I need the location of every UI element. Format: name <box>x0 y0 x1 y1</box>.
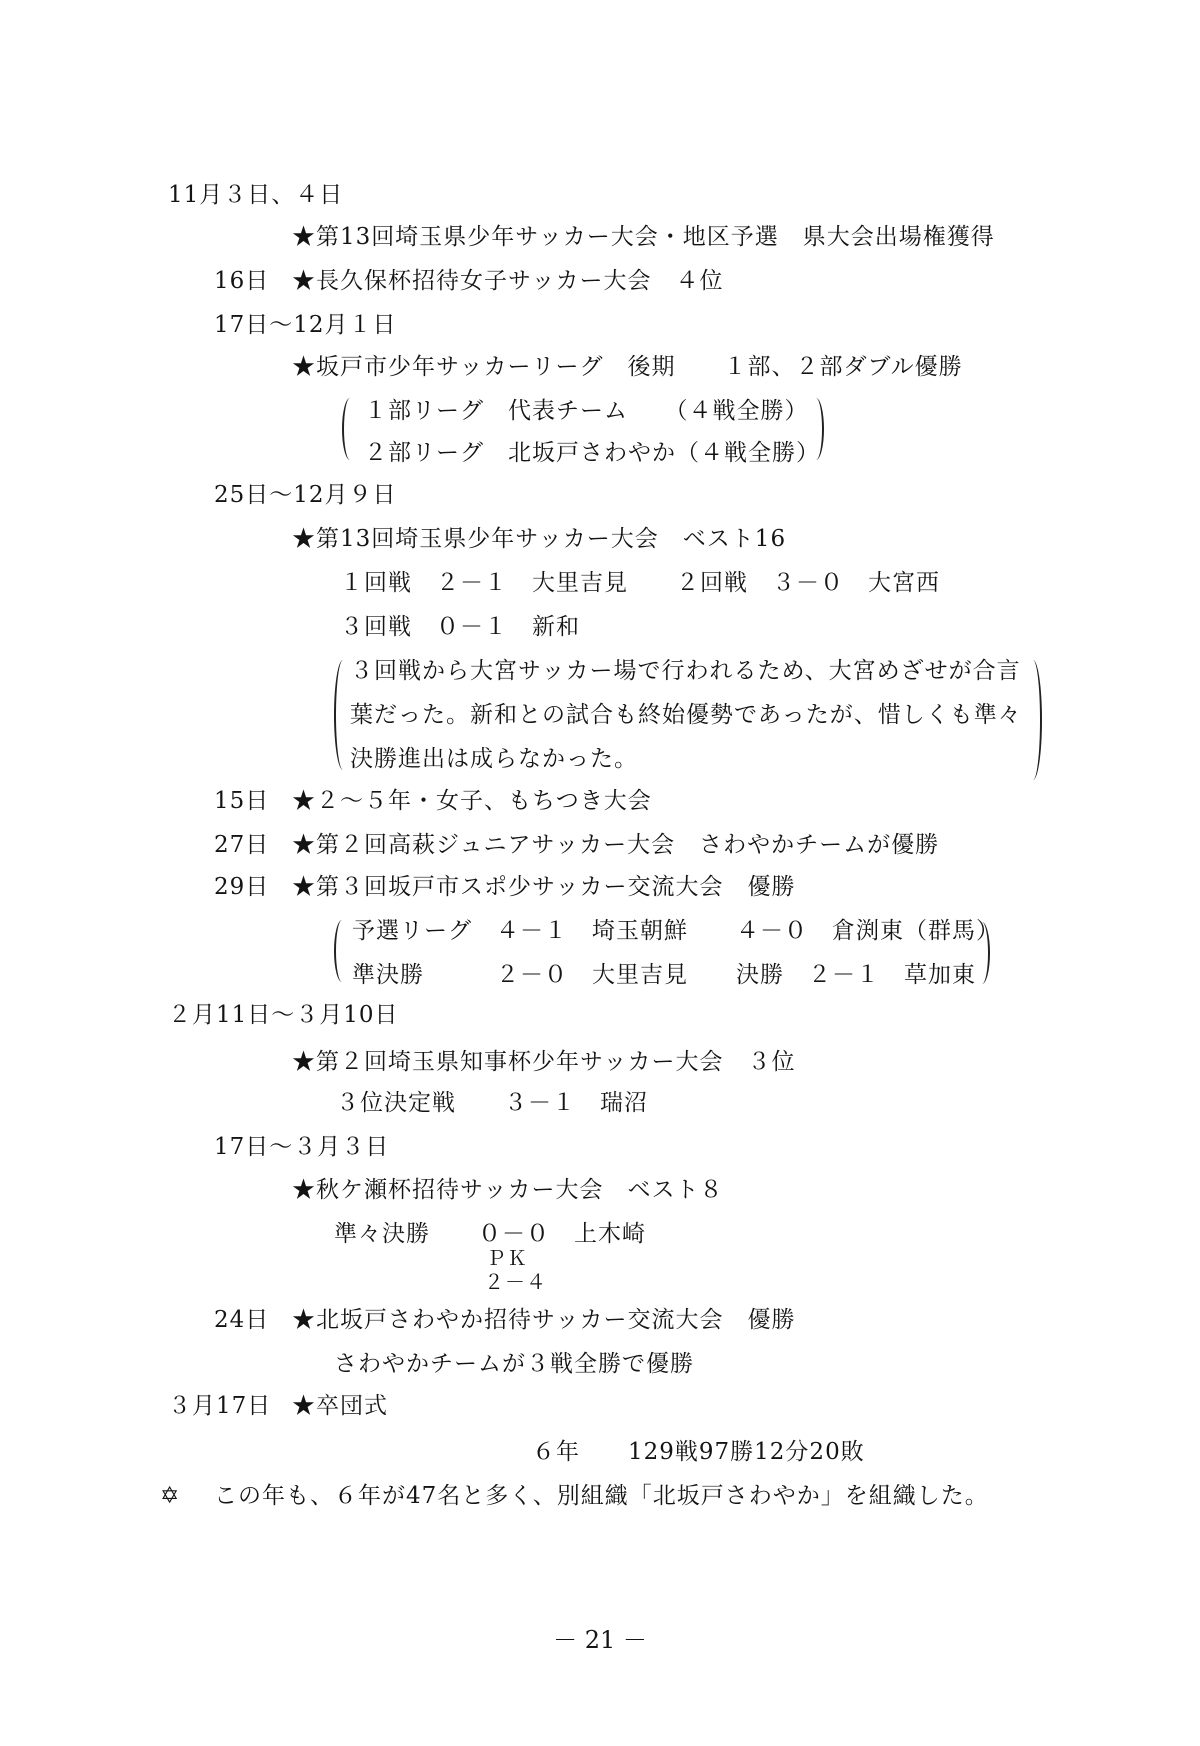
kitasakado-note: さわやかチームが３戦全勝で優勝 <box>334 1349 694 1379</box>
event-nagakubo-cup: ★長久保杯招待女子サッカー大会 ４位 <box>292 266 724 296</box>
event-graduation: ★卒団式 <box>292 1391 388 1421</box>
note-line-2: 葉だった。新和との試合も終始優勢であったが、惜しくも準々 <box>350 700 1022 730</box>
event-takahagi: ★第２回高萩ジュニアサッカー大会 さわやかチームが優勝 <box>292 830 939 860</box>
round-3: ３回戦 ０－１ 新和 <box>340 612 580 642</box>
right-parenthesis <box>974 922 990 984</box>
page-number: － 21 － <box>0 1620 1200 1655</box>
event-sakado-league: ★坂戸市少年サッカーリーグ 後期 １部、２部ダブル優勝 <box>292 352 963 382</box>
preliminary-league: 予選リーグ ４－１ 埼玉朝鮮 ４－０ 倉渕東（群馬） <box>352 916 1000 946</box>
note-line-3: 決勝進出は成らなかった。 <box>350 744 638 774</box>
quarter-final: 準々決勝 ０－０ 上木崎 <box>334 1219 646 1249</box>
date-17-dec1: 17日～12月１日 <box>214 310 397 340</box>
left-parenthesis <box>342 398 358 460</box>
star-of-david-icon: ✡ <box>160 1481 180 1511</box>
league-division-1: １部リーグ 代表チーム （４戦全勝） <box>364 396 809 426</box>
event-saitama13: ★第13回埼玉県少年サッカー大会 ベスト16 <box>292 524 786 554</box>
date-25-dec9: 25日～12月９日 <box>214 480 397 510</box>
date-24: 24日 <box>214 1305 269 1335</box>
league-division-2: ２部リーグ 北坂戸さわやか（４戦全勝） <box>364 438 820 468</box>
semi-and-final: 準決勝 ２－０ 大里吉見 決勝 ２－１ 草加東 <box>352 960 976 990</box>
event-sakado-sports: ★第３回坂戸市スポ少サッカー交流大会 優勝 <box>292 872 796 902</box>
date-17-mar3: 17日～３月３日 <box>214 1132 389 1162</box>
event-saitama13-qualifier: ★第13回埼玉県少年サッカー大会・地区予選 県大会出場権獲得 <box>292 222 995 252</box>
season-record: ６年 129戦97勝12分20敗 <box>532 1437 865 1467</box>
date-16: 16日 <box>214 266 269 296</box>
footnote: この年も、６年が47名と多く、別組織「北坂戸さわやか」を組織した。 <box>214 1481 989 1511</box>
left-parenthesis <box>334 920 350 982</box>
date-15: 15日 <box>214 786 269 816</box>
date-mar17: ３月17日 <box>168 1391 271 1421</box>
right-parenthesis <box>1024 660 1042 780</box>
date-29: 29日 <box>214 872 269 902</box>
event-akigase-cup: ★秋ケ瀬杯招待サッカー大会 ベスト８ <box>292 1175 724 1205</box>
note-line-1: ３回戦から大宮サッカー場で行われるため、大宮めざせが合言 <box>350 656 1021 686</box>
date-27: 27日 <box>214 830 269 860</box>
date-nov-3-4: 11月３日、４日 <box>168 180 343 210</box>
event-mochitsuki: ★２～５年・女子、もちつき大会 <box>292 786 652 816</box>
right-parenthesis <box>808 398 824 460</box>
rounds-1-2: １回戦 ２－１ 大里吉見 ２回戦 ３－０ 大宮西 <box>340 568 940 598</box>
date-feb11-mar10: ２月11日～３月10日 <box>168 1000 399 1030</box>
pk-label: ＰＫ <box>486 1246 528 1270</box>
third-place-match: ３位決定戦 ３－１ 瑞沼 <box>336 1088 648 1118</box>
event-governor-cup: ★第２回埼玉県知事杯少年サッカー大会 ３位 <box>292 1047 796 1077</box>
event-kitasakado: ★北坂戸さわやか招待サッカー交流大会 優勝 <box>292 1305 796 1335</box>
pk-score: ２－４ <box>484 1270 547 1294</box>
